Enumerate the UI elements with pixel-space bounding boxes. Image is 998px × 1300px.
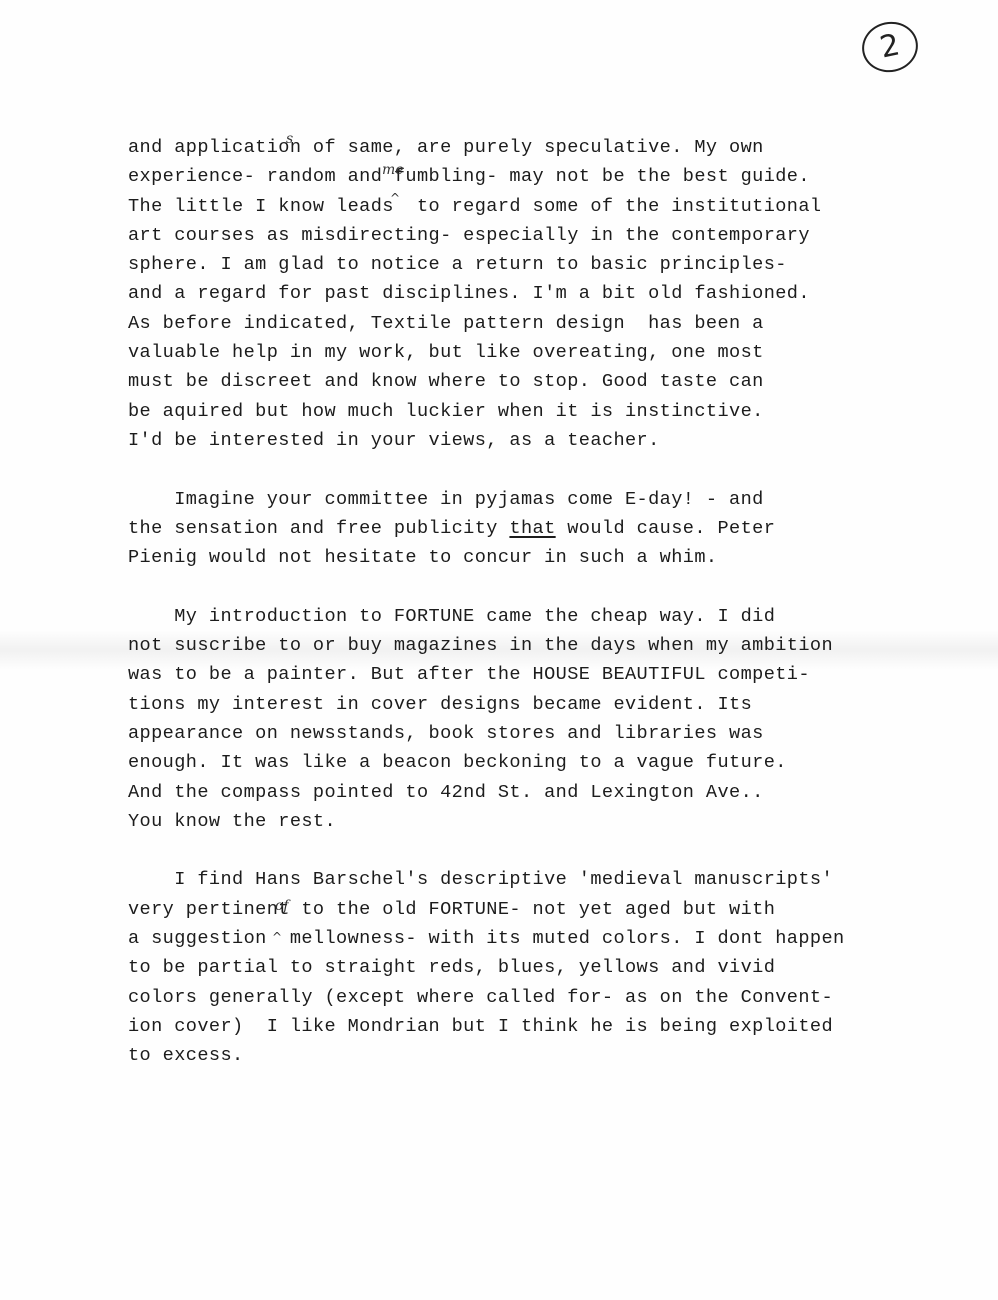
handwritten-insertion: s (286, 131, 293, 147)
handwritten-insertion: me (382, 162, 404, 178)
text-line: tions my interest in cover designs becam… (128, 690, 888, 719)
paragraph-gap (128, 836, 888, 865)
text-line: very pertinent to the old FORTUNE- not y… (128, 895, 888, 924)
paragraph-gap (128, 572, 888, 601)
text-line: valuable help in my work, but like overe… (128, 338, 888, 367)
text-line: enough. It was like a beacon beckoning t… (128, 748, 888, 777)
text-line: I'd be interested in your views, as a te… (128, 426, 888, 455)
text-line: was to be a painter. But after the HOUSE… (128, 660, 888, 689)
paragraph-4: I find Hans Barschel's descriptive 'medi… (128, 865, 888, 1070)
underlined-word: that (509, 518, 555, 539)
insertion-caret-icon: ^ (272, 930, 282, 944)
text-line: not suscribe to or buy magazines in the … (128, 631, 888, 660)
text-line: As before indicated, Textile pattern des… (128, 309, 888, 338)
text-line: a suggestion mellowness- with its muted … (128, 924, 888, 953)
page-number-circled: 2 (857, 17, 922, 78)
paragraph-1: and application of same, are purely spec… (128, 133, 888, 455)
text-line: and application of same, are purely spec… (128, 133, 888, 162)
text-line: Pienig would not hesitate to concur in s… (128, 543, 888, 572)
text-line: The little I know leads to regard some o… (128, 192, 888, 221)
handwritten-insertion: of (275, 898, 289, 914)
text-line: Imagine your committee in pyjamas come E… (128, 485, 888, 514)
text-line: art courses as misdirecting- especially … (128, 221, 888, 250)
text-line: experience- random and fumbling- may not… (128, 162, 888, 191)
text-line: sphere. I am glad to notice a return to … (128, 250, 888, 279)
paragraph-gap (128, 455, 888, 484)
paragraph-3: My introduction to FORTUNE came the chea… (128, 602, 888, 836)
insertion-caret-icon: ^ (390, 191, 400, 205)
text-line: to excess. (128, 1041, 888, 1070)
text-line: and a regard for past disciplines. I'm a… (128, 279, 888, 308)
text-line: to be partial to straight reds, blues, y… (128, 953, 888, 982)
text-line: colors generally (except where called fo… (128, 983, 888, 1012)
text-line: appearance on newsstands, book stores an… (128, 719, 888, 748)
text-line: must be discreet and know where to stop.… (128, 367, 888, 396)
text-line: You know the rest. (128, 807, 888, 836)
text-line: be aquired but how much luckier when it … (128, 397, 888, 426)
letter-page: 2 and application of same, are purely sp… (0, 0, 998, 1300)
letter-body: and application of same, are purely spec… (128, 133, 888, 1071)
text-line: And the compass pointed to 42nd St. and … (128, 778, 888, 807)
paragraph-2: Imagine your committee in pyjamas come E… (128, 485, 888, 573)
text-line: I find Hans Barschel's descriptive 'medi… (128, 865, 888, 894)
text-line: ion cover) I like Mondrian but I think h… (128, 1012, 888, 1041)
text-line: My introduction to FORTUNE came the chea… (128, 602, 888, 631)
text-line-underlined: the sensation and free publicity that wo… (128, 514, 888, 543)
